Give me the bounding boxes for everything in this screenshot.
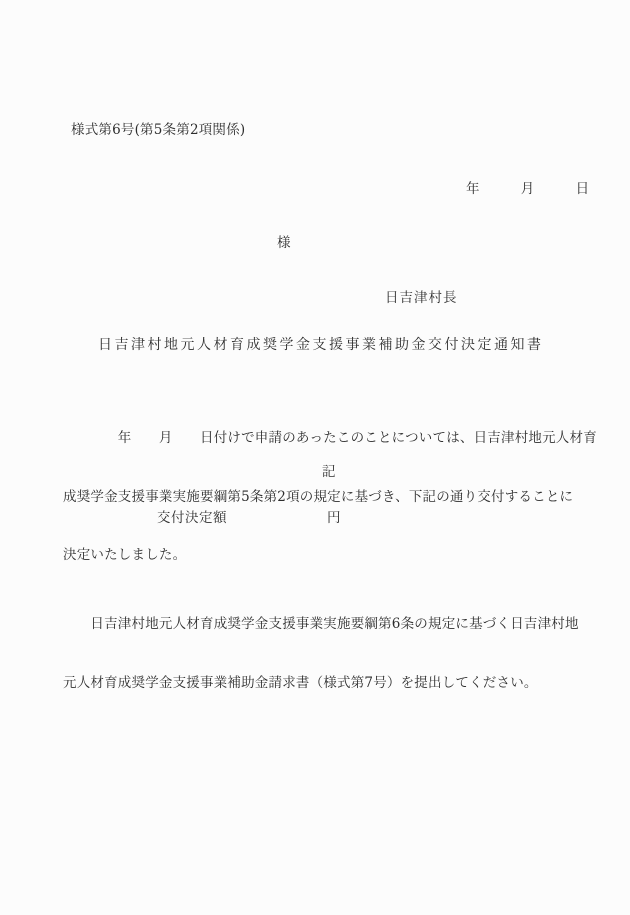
body-paragraph: 年 月 日付けで申請のあったこのことについては、日吉津村地元人材育 成奨学金支援… [63, 390, 583, 605]
addressee-honorific: 様 [277, 234, 291, 254]
body-paragraph-line-2: 成奨学金支援事業実施要綱第5条第2項の規定に基づき、下記の通り交付することに [63, 488, 583, 508]
yen-unit-label: 円 [327, 509, 341, 529]
document-page: 様式第6号(第5条第2項関係) 年 月 日 様 日吉津村長 日吉津村地元人材育成… [0, 0, 630, 915]
form-number: 様式第6号(第5条第2項関係) [71, 121, 245, 141]
sender-title: 日吉津村長 [385, 289, 458, 309]
ki-marker: 記 [322, 463, 336, 483]
document-title: 日吉津村地元人材育成奨学金支援事業補助金交付決定通知書 [98, 336, 544, 356]
footer-paragraph-line-1: 日吉津村地元人材育成奨学金支援事業実施要綱第6条の規定に基づく日吉津村地 [63, 615, 583, 635]
footer-paragraph: 日吉津村地元人材育成奨学金支援事業実施要綱第6条の規定に基づく日吉津村地 元人材… [63, 576, 583, 732]
body-paragraph-line-1: 年 月 日付けで申請のあったこのことについては、日吉津村地元人材育 [63, 429, 583, 449]
body-paragraph-line-3: 決定いたしました。 [63, 546, 583, 566]
issue-date-line: 年 月 日 [466, 180, 589, 200]
footer-paragraph-line-2: 元人材育成奨学金支援事業補助金請求書（様式第7号）を提出してください。 [63, 674, 583, 694]
grant-amount-label: 交付決定額 [157, 509, 227, 529]
